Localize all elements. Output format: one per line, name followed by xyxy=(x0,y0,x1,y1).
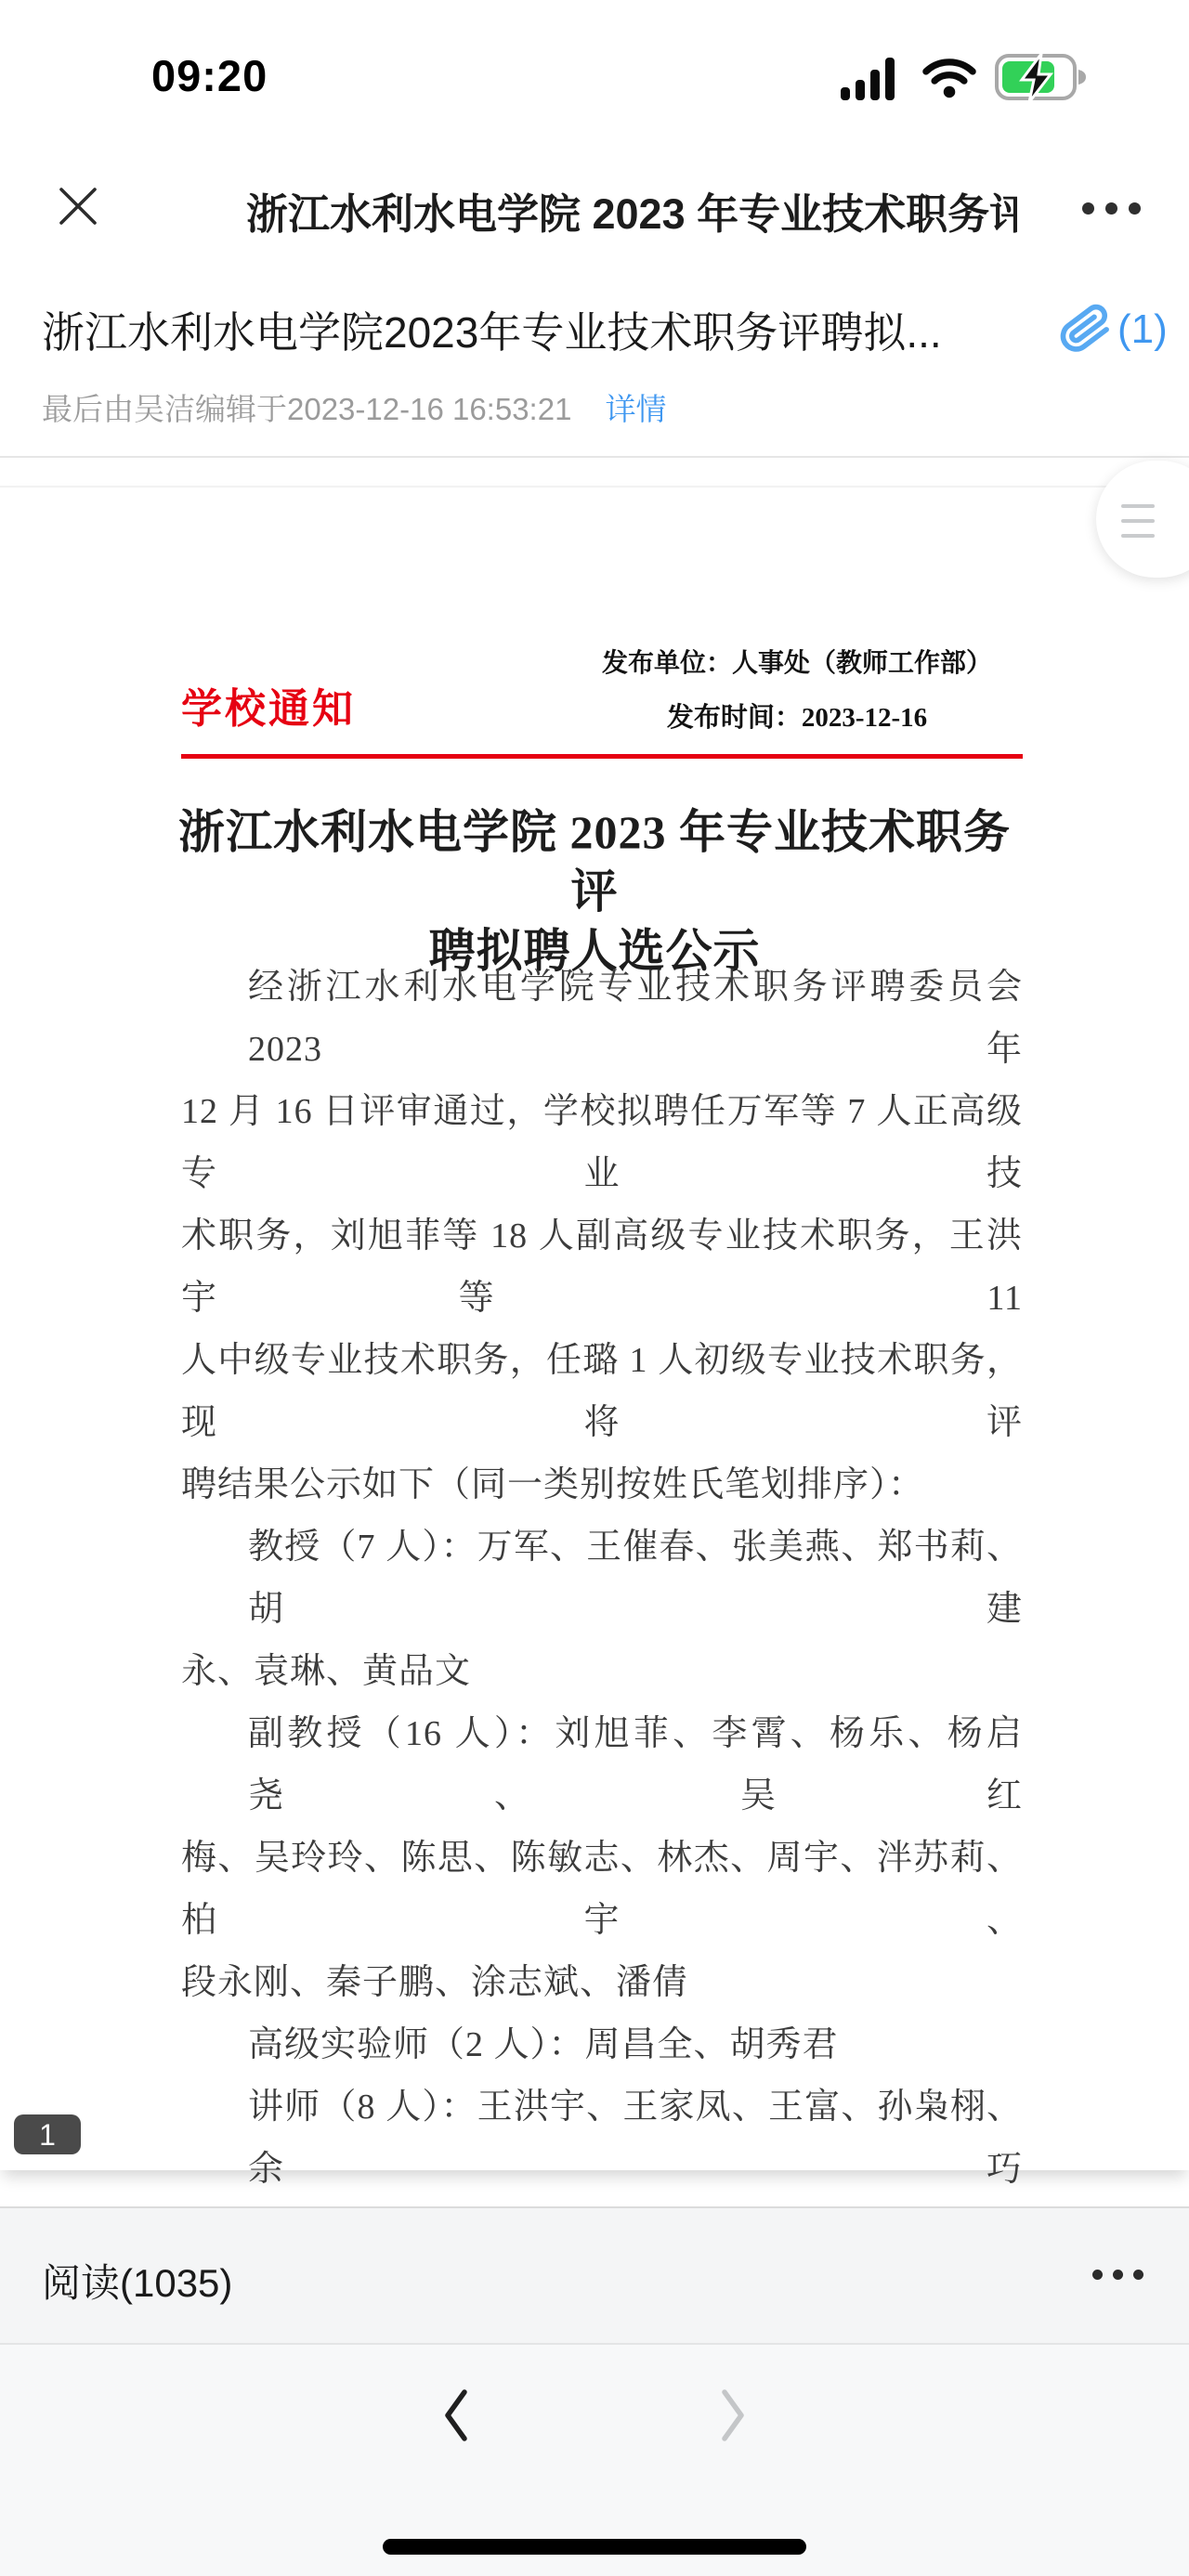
notice-body-line: 永、袁琳、黄品文 xyxy=(181,1641,1023,1703)
notice-title: 浙江水利水电学院 2023 年专业技术职务评 聘拟聘人选公示 xyxy=(174,802,1015,981)
publish-info: 发布单位：人事处（教师工作部） 发布时间：2023-12-16 xyxy=(600,643,994,735)
notice-body-line: 术职务，刘旭菲等 18 人副高级专业技术职务，王洪宇等 11 xyxy=(181,1205,1023,1330)
notice-body-line: 段永刚、秦子鹏、涂志斌、潘倩 xyxy=(181,1952,1023,2014)
close-icon[interactable] xyxy=(54,182,102,230)
red-divider-line xyxy=(181,754,1023,759)
read-bar: 阅读(1035) xyxy=(0,2206,1189,2343)
screen: 09:20 浙江水利水电学院 2023 年专业技术职务评聘拟聘人选公示 xyxy=(0,0,1189,2576)
notice-body-line: 教授（7 人）：万军、王催春、张美燕、郑书莉、胡建 xyxy=(181,1516,1023,1641)
hamburger-icon xyxy=(1121,504,1155,508)
read-count: 阅读(1035) xyxy=(42,2253,232,2309)
details-link[interactable]: 详情 xyxy=(605,392,666,426)
publish-unit: 发布单位：人事处（教师工作部） xyxy=(600,643,994,680)
header-divider xyxy=(0,456,1189,458)
notice-body-line: 人中级专业技术职务，任璐 1 人初级专业技术职务，现将评 xyxy=(181,1330,1023,1454)
page-number-badge: 1 xyxy=(14,2114,81,2154)
read-more-icon[interactable] xyxy=(1092,2270,1143,2280)
document-title: 浙江水利水电学院2023年专业技术职务评聘拟... xyxy=(42,299,1045,357)
previous-page-icon[interactable] xyxy=(442,2388,470,2447)
notice-body-line: 副教授（16 人）：刘旭菲、李霄、杨乐、杨启尧、吴红 xyxy=(181,1703,1023,1828)
home-indicator[interactable] xyxy=(383,2539,806,2555)
publish-date: 发布时间：2023-12-16 xyxy=(600,696,994,735)
next-page-icon[interactable] xyxy=(719,2388,747,2447)
edit-info: 最后由吴洁编辑于2023-12-16 16:53:21 xyxy=(42,392,571,426)
notice-category-label: 学校通知 xyxy=(181,675,356,735)
notice-body-line: 高级实验师（2 人）：周昌全、胡秀君 xyxy=(181,2014,1023,2076)
notice-body-line: 梅、吴玲玲、陈思、陈敏志、林杰、周宇、泮苏莉、柏宇、 xyxy=(181,1828,1023,1952)
notice-body-line: 聘结果公示如下（同一类别按姓氏笔划排序）： xyxy=(181,1454,1023,1516)
status-time: 09:20 xyxy=(151,50,268,101)
edit-info-row: 最后由吴洁编辑于2023-12-16 16:53:21详情 xyxy=(42,385,666,429)
notice-body-line: 12 月 16 日评审通过，学校拟聘任万军等 7 人正高级专业技 xyxy=(181,1081,1023,1205)
attachment-paperclip-icon[interactable] xyxy=(1060,303,1112,359)
attachment-count[interactable]: (1) xyxy=(1117,306,1168,353)
cellular-signal-icon xyxy=(841,58,904,105)
wifi-icon xyxy=(922,58,976,103)
battery-charging-icon xyxy=(995,54,1088,107)
notice-body-line: 讲师（8 人）：王洪宇、王家凤、王富、孙枭栩、余巧 xyxy=(181,2076,1023,2201)
more-options-icon[interactable] xyxy=(1082,202,1141,215)
notice-title-line1: 浙江水利水电学院 2023 年专业技术职务评 xyxy=(174,802,1015,921)
notice-body-line: 经浙江水利水电学院专业技术职务评聘委员会 2023 年 xyxy=(181,956,1023,1081)
nav-title: 浙江水利水电学院 2023 年专业技术职务评聘拟聘人选公示 xyxy=(246,180,1017,236)
